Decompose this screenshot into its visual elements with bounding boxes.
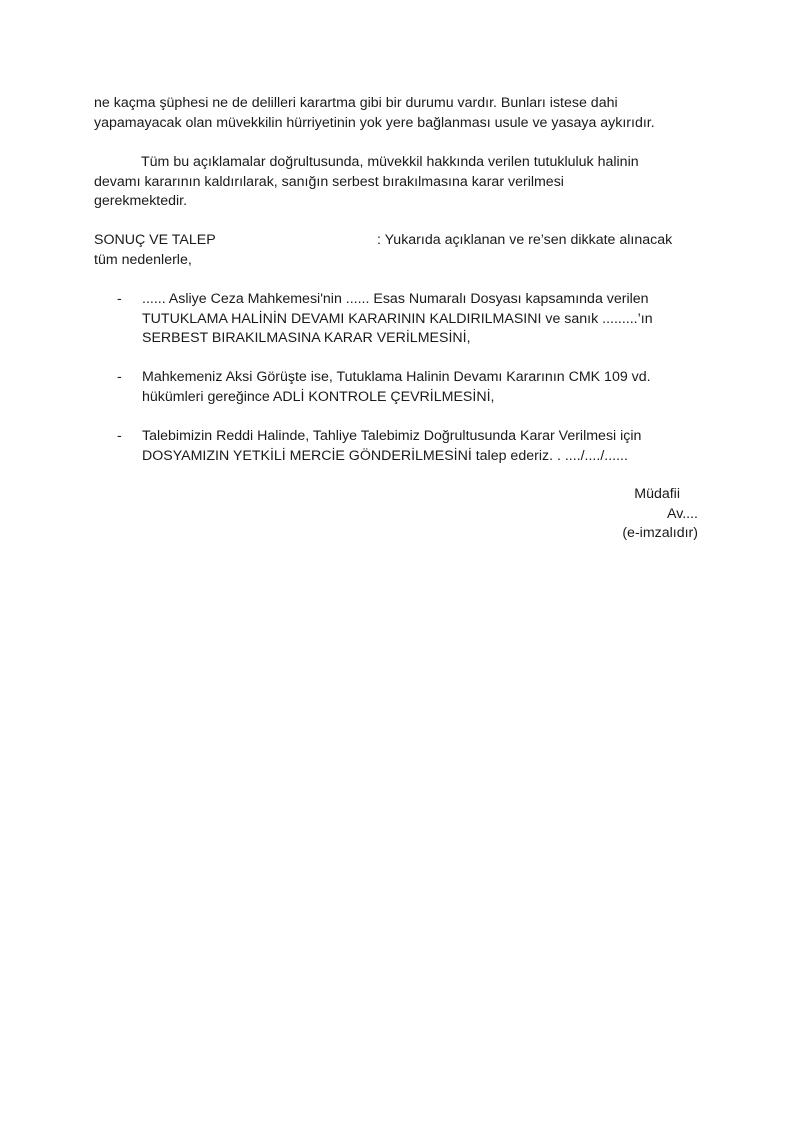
text-line: DOSYAMIZIN YETKİLİ MERCİE GÖNDERİLMESİNİ… bbox=[142, 447, 702, 467]
text-line: ...... Asliye Ceza Mahkemesi'nin ...... … bbox=[142, 290, 702, 310]
dash-bullet: - bbox=[117, 427, 122, 447]
request-text: Mahkemeniz Aksi Görüşte ise, Tutuklama H… bbox=[142, 368, 702, 407]
signature-note: (e-imzalıdır) bbox=[622, 524, 698, 544]
text-line: hükümleri gereğince ADLİ KONTROLE ÇEVRİL… bbox=[142, 388, 702, 408]
text-line: TUTUKLAMA HALİNİN DEVAMI KARARININ KALDI… bbox=[142, 310, 702, 330]
request-text: Talebimizin Reddi Halinde, Tahliye Taleb… bbox=[142, 427, 702, 466]
result-text-continued: tüm nedenlerle, bbox=[94, 251, 698, 271]
text-line: Mahkemeniz Aksi Görüşte ise, Tutuklama H… bbox=[142, 368, 702, 388]
result-text: : Yukarıda açıklanan ve re’sen dikkate a… bbox=[377, 232, 672, 248]
dash-bullet: - bbox=[117, 368, 122, 388]
text-line: SERBEST BIRAKILMASINA KARAR VERİLMESİNİ, bbox=[142, 329, 702, 349]
text-line: Talebimizin Reddi Halinde, Tahliye Taleb… bbox=[142, 427, 702, 447]
text-line: devamı kararının kaldırılarak, sanığın s… bbox=[94, 173, 704, 193]
paragraph-continuation: ne kaçma şüphesi ne de delilleri karartm… bbox=[94, 94, 655, 133]
text-line: Tüm bu açıklamalar doğrultusunda, müvekk… bbox=[94, 153, 704, 173]
text-line: yapamayacak olan müvekkilin hürriyetinin… bbox=[94, 114, 655, 134]
paragraph-conclusion: Tüm bu açıklamalar doğrultusunda, müvekk… bbox=[94, 153, 704, 212]
signature-name: Av.... bbox=[622, 505, 698, 525]
result-section: SONUÇ VE TALEP: Yukarıda açıklanan ve re… bbox=[94, 231, 698, 270]
signature-role: Müdafii bbox=[622, 485, 698, 505]
text-line: ne kaçma şüphesi ne de delilleri karartm… bbox=[94, 94, 655, 114]
request-text: ...... Asliye Ceza Mahkemesi'nin ...... … bbox=[142, 290, 702, 349]
result-label: SONUÇ VE TALEP bbox=[94, 231, 377, 251]
dash-bullet: - bbox=[117, 290, 122, 310]
document-page: ne kaçma şüphesi ne de delilleri karartm… bbox=[0, 0, 794, 1123]
signature-block: Müdafii Av.... (e-imzalıdır) bbox=[622, 485, 698, 544]
text-line: gerekmektedir. bbox=[94, 192, 704, 212]
